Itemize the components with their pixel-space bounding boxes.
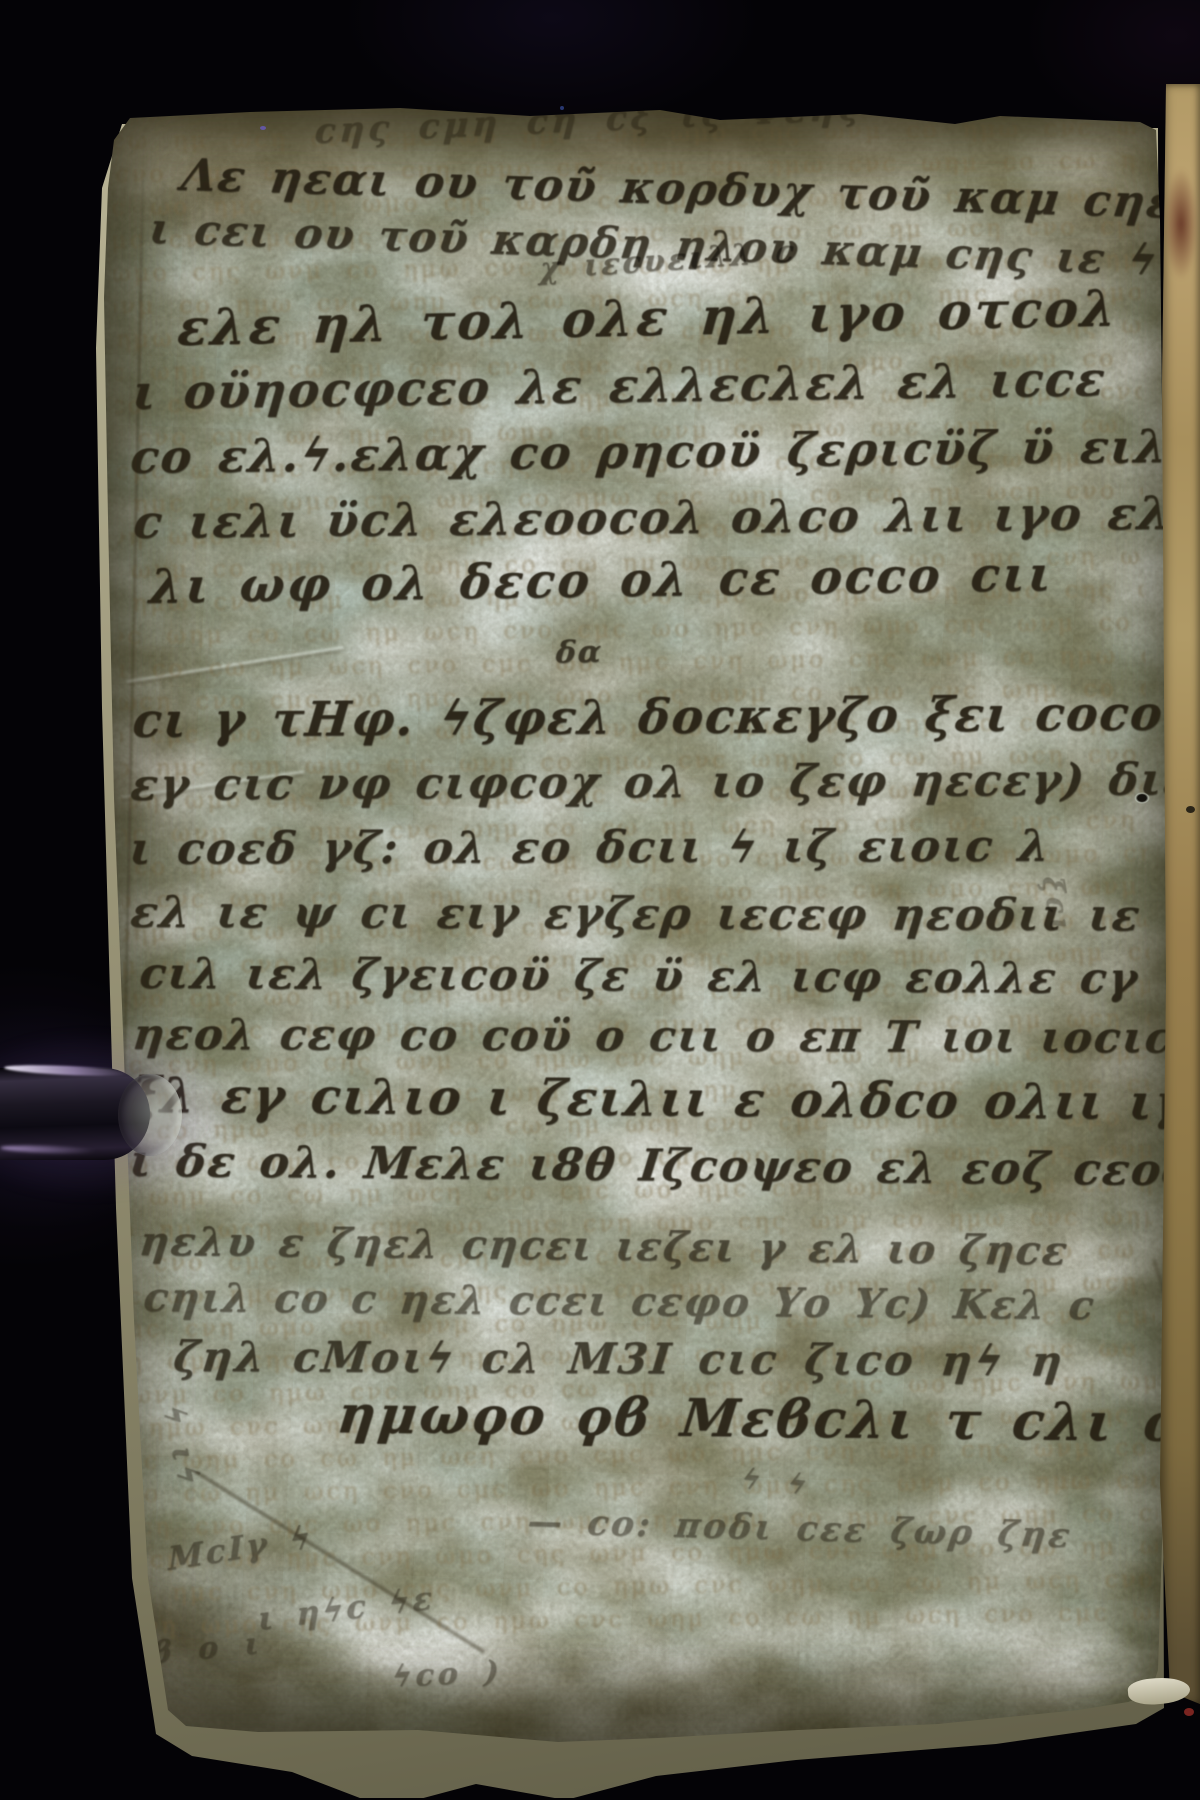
undertext-row: ωνμ ϲο ημω ϲνϲ ωημ ϲο ϲω ημ ωϲη ϲνο ϲμϲ …: [125, 1103, 1152, 1150]
undertext-row: μϲ ϲνη ωμο ϲης ωνμ ϲο ημω ϲνϲ ωημ ϲο ϲω …: [124, 1037, 1151, 1084]
manuscript-line: ελ ιε ψ ϲι ειγ εγζερ ιεϲεφ ηεοδιι ιε: [128, 887, 1144, 942]
manuscript-line: ι οϋηοϲφϲεο λε ελλεϲλελ ελ ιϲϲε: [130, 352, 1108, 421]
manuscript-line: ξλ εγ ϲιλιο ι ζειλιι ε ολδϲο ολιι ιγιλ: [128, 1068, 1200, 1132]
manuscript-line: δα: [555, 634, 605, 671]
undertext-row: ϲνϲ ωημ ϲο ϲω ημ ωϲη ϲνο ϲμϲ ωο ημϲ ϲνη …: [118, 608, 1145, 655]
undertext-row: ημϲ ϲνη ωμο ϲης ωνμ ϲο ημω ϲνϲ ωημ ϲο ϲω…: [128, 1301, 1155, 1348]
manuscript-line: ζηλ ϲΜοιϟ ϲλ Μ3Ι ϲιϲ ζιϲο ηϟ η: [171, 1332, 1067, 1386]
parchment-texture-grain: [100, 100, 1175, 1745]
manuscript-line: ι δε ολ. Μελε ι8θ Ιζϲοψεο ελ εοζ ϲεοδ: [127, 1136, 1197, 1196]
wormhole: [1134, 792, 1150, 804]
manuscript-line: εγ ϲιϲ νφ ϲιφϲοχ ολ ιο ζεφ ηεϲεγ) διε: [128, 754, 1195, 811]
undertext-row: ω ημ ωϲη ϲνο ϲμϲ ωο ημϲ ϲνη ωμο ϲης ωνμ …: [123, 938, 1150, 985]
manuscript-line: ημωϙο ϙϐ Μεϐϲλι τ ϲλι οϲλϲ: [334, 1384, 1200, 1455]
undertext-row: ϲνη ωμο ϲης ωνμ ϲο ημω ϲνϲ ωημ ϲο ϲω ημ …: [120, 773, 1147, 820]
undertext-row: νϲ ωημ ϲο ϲω ημ ωϲη ϲνο ϲμϲ ωο ημϲ ϲνη ω…: [114, 344, 1141, 391]
undertext-row: η ϲνο ϲμϲ ωο ημϲ ϲνη ωμο ϲης ωνμ ϲο ημω …: [123, 971, 1150, 1018]
undertext-row: ημω ϲνϲ ωημ ϲο ϲω ημ ωϲη ϲνο ϲμϲ ωο ημϲ …: [125, 1136, 1152, 1183]
undertext-row: ο ϲμϲ ωο ημϲ ϲνη ωμο ϲης ωνμ ϲο ημω ϲνϲ …: [116, 443, 1143, 490]
undertext-row: νμ ϲο ημω ϲνϲ ωημ ϲο ϲω ημ ωϲη ϲνο ϲμϲ ω…: [121, 839, 1148, 886]
undertext-row: ωϲη ϲνο ϲμϲ ωο ημϲ ϲνη ωμο ϲης ωνμ ϲο ημ…: [127, 1235, 1154, 1282]
undertext-row: μω ϲνϲ ωημ ϲο ϲω ημ ωϲη ϲνο ϲμϲ ωο ημϲ ϲ…: [122, 872, 1149, 919]
uv-speck: [560, 106, 564, 110]
undertext-row: ς ωνμ ϲο ημω ϲνϲ ωημ ϲο ϲω ημ ωϲη ϲνο ϲμ…: [113, 278, 1140, 325]
glass-weight-tip: [118, 1074, 182, 1156]
undertext-row: ϲνϲ ωημ ϲο ϲω ημ ωϲη ϲνο ϲμϲ ωο ημϲ ϲνη …: [130, 1433, 1157, 1480]
manuscript-line: ϲιλ ιελ ζγειϲοϋ ζε ϋ ελ ιϲφ εολλε ϲγ: [137, 949, 1141, 1004]
parchment-texture-clouds: [100, 100, 1175, 1745]
top-stain-band: [100, 100, 1175, 250]
handwriting-layer: ϲης ϲμη ϲη ϲξ ις ΦεηςΛε ηεαι ου τοῦ κορδ…: [100, 100, 1175, 1745]
undertext-row: ωϲη ϲνο ϲμϲ ωο ημϲ ϲνη ωμο ϲης ωνμ ϲο ημ…: [115, 410, 1142, 457]
parchment-texture-mottle: [100, 100, 1175, 1745]
undertext-row: ϲης ωνμ ϲο ημω ϲνϲ ωημ ϲο ϲω ημ ωϲη ϲνο …: [117, 542, 1144, 589]
undertext-row: ϲο ϲω ημ ωϲη ϲνο ϲμϲ ωο ημϲ ϲνη ωμο ϲης …: [130, 1466, 1157, 1513]
manuscript-line: λι ωφ ολ δεϲο ολ ϲε οϲϲο ϲιι: [147, 547, 1056, 615]
undertext-row: ϲο ημω ϲνϲ ωημ ϲο ϲω ημ ωϲη ϲνο ϲμϲ ωο η…: [118, 575, 1145, 622]
crease-line: [126, 646, 344, 683]
undertext-row: ωημ ϲο ϲω ημ ωϲη ϲνο ϲμϲ ωο ημϲ ϲνη ωμο …: [122, 905, 1149, 952]
manuscript-line: ϲ ιελι ϋϲλ ελεοοϲολ ολϲο λιι ιγο ελ: [131, 486, 1175, 549]
undertext-row: ο ϲης ωνμ ϲο ημω ϲνϲ ωημ ϲο ϲω ημ ωϲη ϲν…: [121, 806, 1148, 853]
undertext-row: μ ϲο ϲω ημ ωϲη ϲνο ϲμϲ ωο ημϲ ϲνη ωμο ϲη…: [119, 641, 1146, 688]
undertext-row: μϲ ωο ημϲ ϲνη ωμο ϲης ωνμ ϲο ημω ϲνϲ ωημ…: [124, 1004, 1151, 1051]
undertext-row: ο ϲω ημ ωϲη ϲνο ϲμϲ ωο ημϲ ϲνη ωμο ϲης ω…: [126, 1202, 1153, 1249]
manuscript-line: ι ϲοεδ γζ: ολ εο δϲιι ϟ ιζ ειοιϲ λ: [127, 821, 1054, 875]
undertext-row: ο ημω ϲνϲ ωημ ϲο ϲω ημ ωϲη ϲνο ϲμϲ ωο ημ…: [114, 311, 1141, 358]
manuscript-line: — ϲο: ποδι ϲεε ζωρ ζηε: [525, 1502, 1075, 1556]
manuscript-line: ϲηιλ ϲο ϲ ηελ ϲϲει ϲεφο Υο Υϲ) Κελ ϲ: [141, 1274, 1098, 1329]
bleedthrough-undertext: ϲω ημ ωϲη ϲνο ϲμϲ ωο ημϲ ϲνη ωμο ϲης ωνμ…: [111, 113, 1160, 1687]
undertext-row: η ωμο ϲης ωνμ ϲο ημω ϲνϲ ωημ ϲο ϲω ημ ωϲ…: [128, 1334, 1155, 1381]
undertext-row: ϲο ημω ϲνϲ ωημ ϲο ϲω ημ ωϲη ϲνο ϲμϲ ωο η…: [129, 1400, 1156, 1447]
binding-strip-stain: [1164, 168, 1198, 280]
crease-line: [121, 770, 305, 799]
manuscript-line: ϟϲο ): [391, 1654, 503, 1695]
manuscript-photo: ϲω ημ ωϲη ϲνο ϲμϲ ωο ημϲ ϲνη ωμο ϲης ωνμ…: [0, 0, 1200, 1800]
manuscript-line: ηελυ ε ζηελ ϲηϲει ιεζει γ ελ ιο ζηϲε: [137, 1218, 1071, 1275]
undertext-row: ης ωνμ ϲο ημω ϲνϲ ωημ ϲο ϲω ημ ωϲη ϲνο ϲ…: [129, 1367, 1156, 1414]
undertext-row: ωμο ϲης ωνμ ϲο ημω ϲνϲ ωημ ϲο ϲω ημ ωϲη …: [125, 1070, 1152, 1117]
manuscript-line: ηεολ ϲεφ ϲο ϲοϋ ο ϲιι ο επ Τ ιοι ιοϲιϲ: [130, 1010, 1176, 1064]
manuscript-line: ϲο ελ.ϟ.ελαχ ϲο ρηϲοϋ ζεριϲϋζ ϋ ειλο: [128, 419, 1200, 484]
manuscript-line: ϲι γ τΗφ. ϟζφελ δοϲκεγζο ξει ϲοϲο: [130, 687, 1166, 749]
page-vignette: [100, 100, 1175, 1745]
undertext-row: ϲνο ϲμϲ ωο ημϲ ϲνη ωμο ϲης ωνμ ϲο ημω ϲν…: [119, 707, 1146, 754]
manuscript-line: ελε ηλ τολ ολε ηλ ιγο οτϲολ: [176, 278, 1122, 357]
undertext-row: ωμο ϲης ωνμ ϲο ημω ϲνϲ ωημ ϲο ϲω ημ ωϲη …: [113, 245, 1140, 292]
manuscript-line: ϟ ιϟ: [155, 1404, 208, 1490]
red-fleck: [1184, 1708, 1194, 1716]
manuscript-line: ξϲι: [1035, 875, 1078, 936]
undertext-row: νη ωμο ϲης ωνμ ϲο ημω ϲνϲ ωημ ϲο ϲω ημ ω…: [117, 509, 1144, 556]
undertext-row: ο ημϲ ϲνη ωμο ϲης ωνμ ϲο ημω ϲνϲ ωημ ϲο …: [116, 476, 1143, 523]
manuscript-line: ϟ ϟ: [739, 1462, 816, 1502]
undertext-row: ημ ωϲη ϲνο ϲμϲ ωο ημϲ ϲνη ωμο ϲης ωνμ ϲο…: [119, 674, 1146, 721]
binding-strip-hole: [1186, 806, 1195, 813]
undertext-row: ωο ημϲ ϲνη ωμο ϲης ωνμ ϲο ημω ϲνϲ ωημ ϲο…: [120, 740, 1147, 787]
uv-speck: [260, 126, 266, 130]
parchment-page: ϲω ημ ωϲη ϲνο ϲμϲ ωο ημϲ ϲνη ωμο ϲης ωνμ…: [100, 100, 1175, 1745]
undertext-row: ϲμϲ ωο ημϲ ϲνη ωμο ϲης ωνμ ϲο ημω ϲνϲ ωη…: [127, 1268, 1154, 1315]
undertext-row: ϲ ωημ ϲο ϲω ημ ωϲη ϲνο ϲμϲ ωο ημϲ ϲνη ωμ…: [126, 1169, 1153, 1216]
undertext-row: ϲο ϲω ημ ωϲη ϲνο ϲμϲ ωο ημϲ ϲνη ωμο ϲης …: [115, 377, 1142, 424]
